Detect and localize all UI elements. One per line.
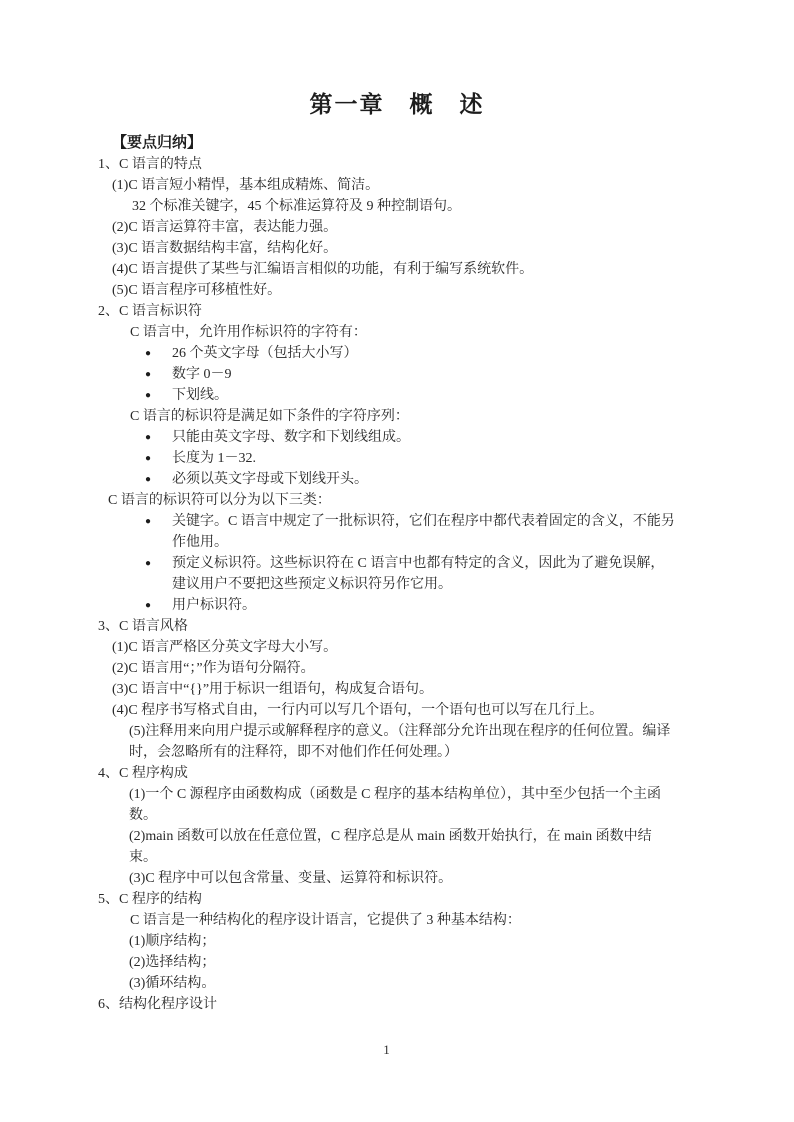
bullet-text: 长度为 1－32. <box>172 448 675 469</box>
page-number: 1 <box>98 1041 675 1059</box>
sub-paragraph: (3)C 语言中“{}”用于标识一组语句，构成复合语句。 <box>112 679 675 700</box>
intro-line: C 语言的标识符可以分为以下三类： <box>108 490 675 511</box>
sub-paragraph: (1)C 语言严格区分英文字母大小写。 <box>112 637 675 658</box>
section-heading: 【要点归纳】 <box>112 133 675 154</box>
bullet-icon: ● <box>145 364 172 385</box>
sub-paragraph: (2)C 语言用“；”作为语句分隔符。 <box>112 658 675 679</box>
sub-paragraph: (1)C 语言短小精悍，基本组成精炼、简洁。 <box>112 175 675 196</box>
bullet-icon: ● <box>145 343 172 364</box>
indented-line: 32 个标准关键字，45 个标准运算符及 9 种控制语句。 <box>132 196 675 217</box>
sub-paragraph: (5)C 语言程序可移植性好。 <box>112 280 675 301</box>
list-item-heading: 5、C 程序的结构 <box>98 889 675 910</box>
sub-paragraph: (2)选择结构； <box>129 952 675 973</box>
bullet-text: 数字 0－9 <box>172 364 675 385</box>
sub-paragraph: (1)一个 C 源程序由函数构成（函数是 C 程序的基本结构单位），其中至少包括… <box>129 784 675 826</box>
bullet-text: 预定义标识符。这些标识符在 C 语言中也都有特定的含义，因此为了避免误解，建议用… <box>172 553 675 595</box>
bullet-item: ●必须以英文字母或下划线开头。 <box>145 469 675 490</box>
bullet-icon: ● <box>145 385 172 406</box>
list-item-heading: 4、C 程序构成 <box>98 763 675 784</box>
sub-paragraph: (2)C 语言运算符丰富，表达能力强。 <box>112 217 675 238</box>
bullet-icon: ● <box>145 553 172 574</box>
chapter-title: 第一章 概 述 <box>0 90 794 120</box>
sub-paragraph: (2)main 函数可以放在任意位置，C 程序总是从 main 函数开始执行，在… <box>129 826 675 868</box>
sub-paragraph: (3)循环结构。 <box>129 973 675 994</box>
sub-paragraph: (3)C 语言数据结构丰富，结构化好。 <box>112 238 675 259</box>
bullet-text: 26 个英文字母（包括大小写） <box>172 343 675 364</box>
list-item-heading: 1、C 语言的特点 <box>98 154 675 175</box>
list-item-heading: 6、结构化程序设计 <box>98 994 675 1015</box>
bullet-icon: ● <box>145 448 172 469</box>
sub-paragraph: (1)顺序结构； <box>129 931 675 952</box>
list-item-heading: 2、C 语言标识符 <box>98 301 675 322</box>
sub-paragraph: (4)C 语言提供了某些与汇编语言相似的功能，有利于编写系统软件。 <box>112 259 675 280</box>
sub-paragraph: (4)C 程序书写格式自由，一行内可以写几个语句，一个语句也可以写在几行上。 <box>112 700 675 721</box>
intro-line: C 语言是一种结构化的程序设计语言，它提供了 3 种基本结构： <box>130 910 675 931</box>
bullet-item: ●长度为 1－32. <box>145 448 675 469</box>
bullet-item: ●只能由英文字母、数字和下划线组成。 <box>145 427 675 448</box>
bullet-item: ●关键字。C 语言中规定了一批标识符，它们在程序中都代表着固定的含义，不能另作他… <box>145 511 675 553</box>
bullet-item: ●下划线。 <box>145 385 675 406</box>
sub-paragraph: (5)注释用来向用户提示或解释程序的意义。（注释部分允许出现在程序的任何位置。编… <box>129 721 675 763</box>
bullet-item: ●预定义标识符。这些标识符在 C 语言中也都有特定的含义，因此为了避免误解，建议… <box>145 553 675 595</box>
bullet-item: ●26 个英文字母（包括大小写） <box>145 343 675 364</box>
intro-line: C 语言中，允许用作标识符的字符有： <box>130 322 675 343</box>
bullet-text: 关键字。C 语言中规定了一批标识符，它们在程序中都代表着固定的含义，不能另作他用… <box>172 511 675 553</box>
bullet-item: ●用户标识符。 <box>145 595 675 616</box>
document-content: 1、C 语言的特点(1)C 语言短小精悍，基本组成精炼、简洁。32 个标准关键字… <box>98 154 675 1015</box>
bullet-icon: ● <box>145 427 172 448</box>
intro-line: C 语言的标识符是满足如下条件的字符序列： <box>130 406 675 427</box>
bullet-icon: ● <box>145 595 172 616</box>
sub-paragraph: (3)C 程序中可以包含常量、变量、运算符和标识符。 <box>129 868 675 889</box>
bullet-icon: ● <box>145 469 172 490</box>
bullet-text: 用户标识符。 <box>172 595 675 616</box>
bullet-icon: ● <box>145 511 172 532</box>
bullet-item: ●数字 0－9 <box>145 364 675 385</box>
bullet-text: 下划线。 <box>172 385 675 406</box>
bullet-text: 只能由英文字母、数字和下划线组成。 <box>172 427 675 448</box>
list-item-heading: 3、C 语言风格 <box>98 616 675 637</box>
document-page: 第一章 概 述 【要点归纳】 1、C 语言的特点(1)C 语言短小精悍，基本组成… <box>0 0 794 1122</box>
bullet-text: 必须以英文字母或下划线开头。 <box>172 469 675 490</box>
